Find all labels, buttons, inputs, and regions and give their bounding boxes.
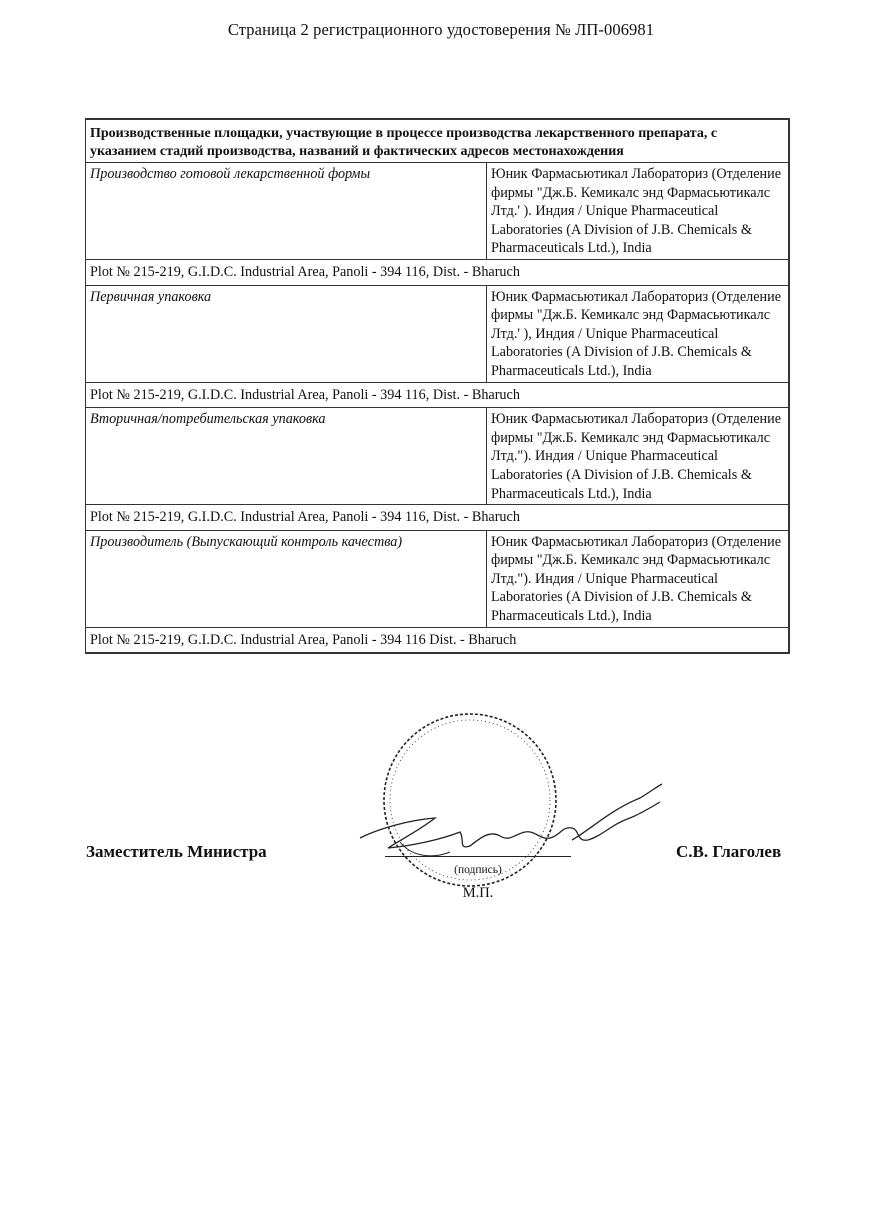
site-address: Plot № 215-219, G.I.D.C. Industrial Area… — [86, 505, 790, 531]
site-address: Plot № 215-219, G.I.D.C. Industrial Area… — [86, 259, 790, 285]
manufacturer-name: Юник Фармасьютикал Лабораториз (Отделени… — [487, 163, 790, 260]
table-row-address: Plot № 215-219, G.I.D.C. Industrial Area… — [86, 505, 790, 531]
signature-line — [385, 856, 571, 857]
table-heading: Производственные площадки, участвующие в… — [86, 119, 790, 163]
table-row-address: Plot № 215-219, G.I.D.C. Industrial Area… — [86, 627, 790, 653]
table-row: Производитель (Выпускающий контроль каче… — [86, 530, 790, 627]
manufacturer-name: Юник Фармасьютикал Лабораториз (Отделени… — [487, 530, 790, 627]
manufacturer-name: Юник Фармасьютикал Лабораториз (Отделени… — [487, 285, 790, 382]
production-sites-table: Производственные площадки, участвующие в… — [85, 118, 790, 654]
production-stage: Производитель (Выпускающий контроль каче… — [86, 530, 487, 627]
production-stage: Производство готовой лекарственной формы — [86, 163, 487, 260]
production-stage: Первичная упаковка — [86, 285, 487, 382]
page-title: Страница 2 регистрационного удостоверени… — [0, 20, 882, 40]
signature-caption: (подпись) — [385, 864, 571, 876]
table-row: Первичная упаковка Юник Фармасьютикал Ла… — [86, 285, 790, 382]
table-heading-row: Производственные площадки, участвующие в… — [86, 119, 790, 163]
table-row-address: Plot № 215-219, G.I.D.C. Industrial Area… — [86, 382, 790, 408]
manufacturer-name: Юник Фармасьютикал Лабораториз (Отделени… — [487, 408, 790, 505]
signatory-name: С.В. Глаголев — [676, 842, 781, 862]
site-address: Plot № 215-219, G.I.D.C. Industrial Area… — [86, 627, 790, 653]
table-row: Вторичная/потребительская упаковка Юник … — [86, 408, 790, 505]
stamp-label: М.П. — [385, 885, 571, 902]
site-address: Plot № 215-219, G.I.D.C. Industrial Area… — [86, 382, 790, 408]
table-row-address: Plot № 215-219, G.I.D.C. Industrial Area… — [86, 259, 790, 285]
signatory-position: Заместитель Министра — [86, 842, 267, 862]
official-stamp-and-signature-icon — [340, 690, 720, 890]
production-stage: Вторичная/потребительская упаковка — [86, 408, 487, 505]
table-row: Производство готовой лекарственной формы… — [86, 163, 790, 260]
